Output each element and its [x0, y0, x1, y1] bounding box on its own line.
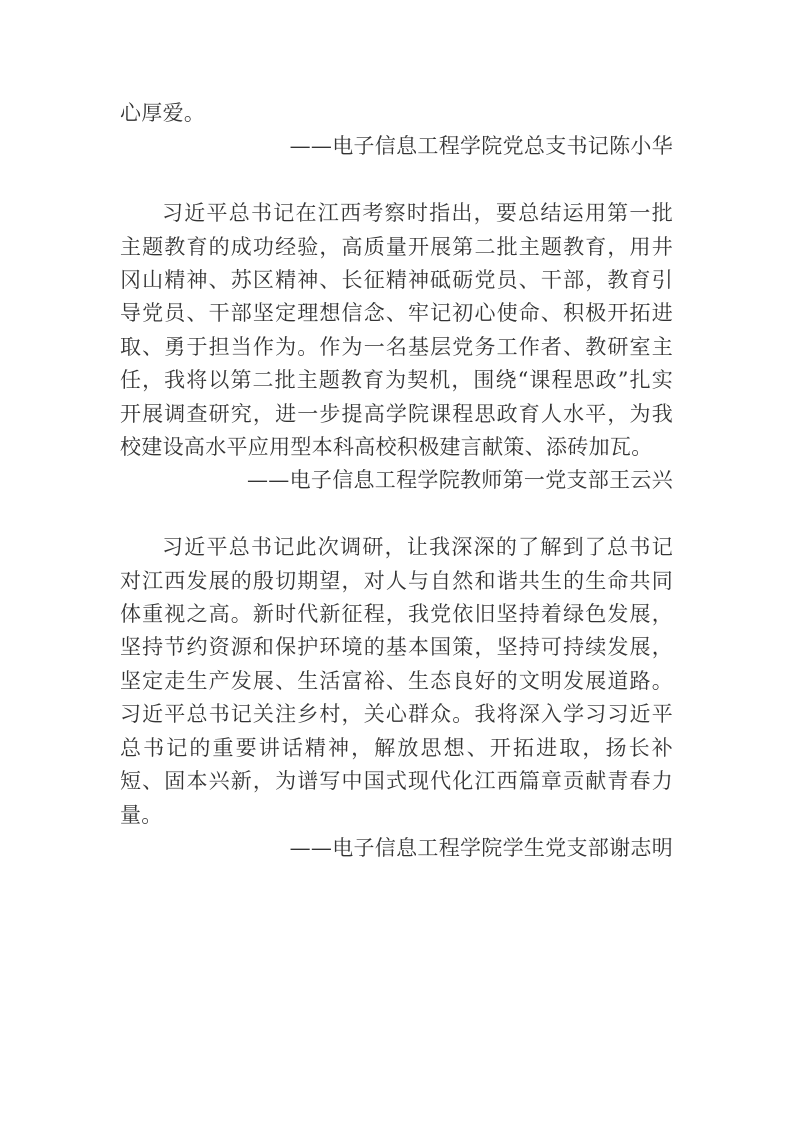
quote-attribution: ——电子信息工程学院党总支书记陈小华 — [120, 130, 673, 163]
quote-section-3: 习近平总书记此次调研，让我深深的了解到了总书记对江西发展的殷切期望，对人与自然和… — [120, 531, 673, 865]
quote-paragraph: 习近平总书记在江西考察时指出，要总结运用第一批主题教育的成功经验，高质量开展第二… — [120, 197, 673, 464]
quote-section-2: 习近平总书记在江西考察时指出，要总结运用第一批主题教育的成功经验，高质量开展第二… — [120, 197, 673, 498]
quote-attribution: ——电子信息工程学院学生党支部谢志明 — [120, 832, 673, 865]
document-content: 心厚爱。 ——电子信息工程学院党总支书记陈小华 习近平总书记在江西考察时指出，要… — [120, 97, 673, 865]
document-page: 心厚爱。 ——电子信息工程学院党总支书记陈小华 习近平总书记在江西考察时指出，要… — [0, 0, 793, 1122]
quote-section-1: 心厚爱。 ——电子信息工程学院党总支书记陈小华 — [120, 97, 673, 164]
quote-paragraph: 心厚爱。 — [120, 97, 673, 130]
quote-paragraph: 习近平总书记此次调研，让我深深的了解到了总书记对江西发展的殷切期望，对人与自然和… — [120, 531, 673, 832]
quote-attribution: ——电子信息工程学院教师第一党支部王云兴 — [120, 464, 673, 497]
